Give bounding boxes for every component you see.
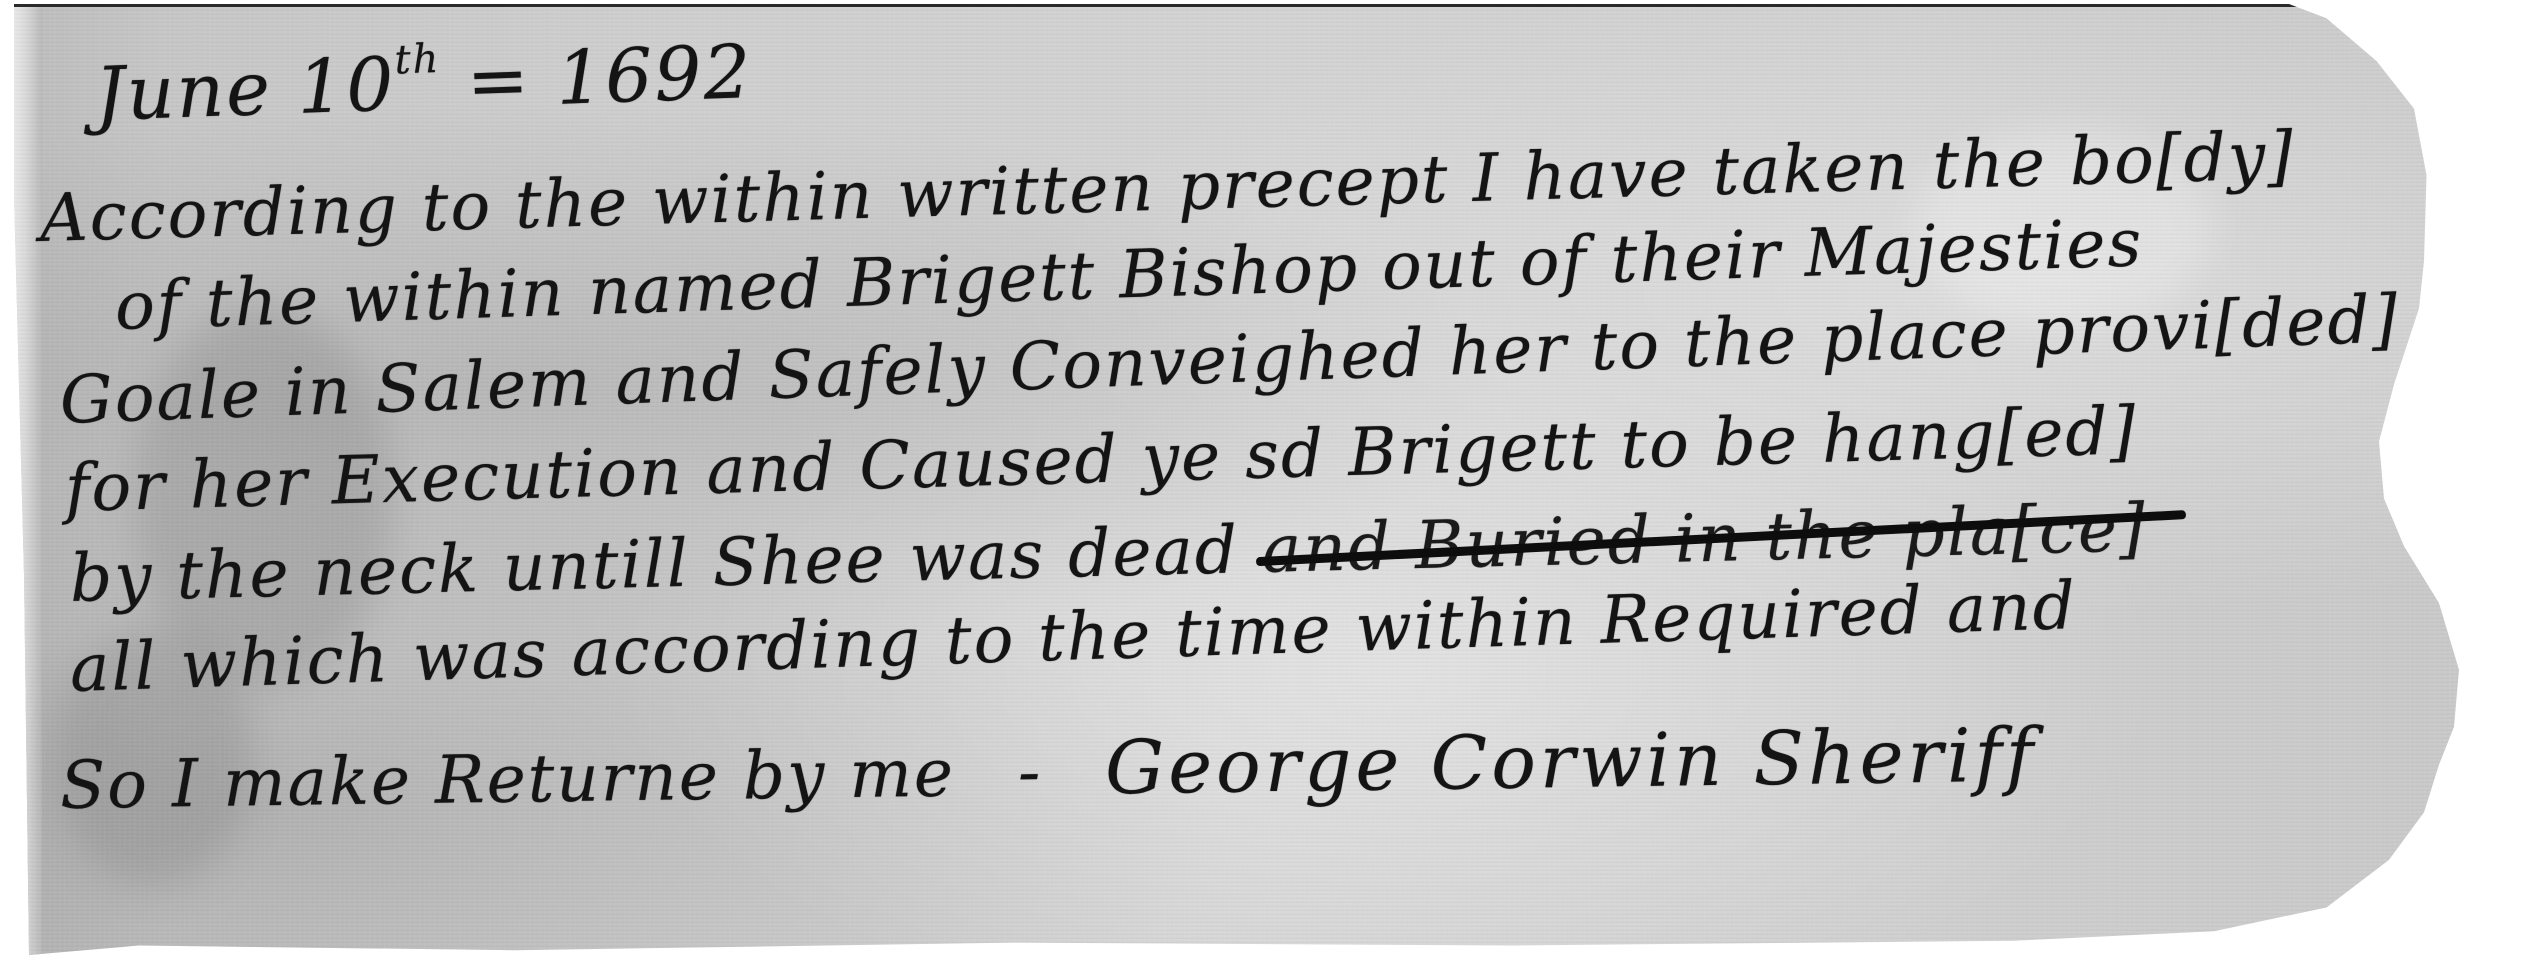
date-separator: = [465,37,532,125]
date-month: June [94,46,274,138]
date-year: 1692 [555,29,754,122]
return-statement: So I make Returne by me [59,735,955,824]
date-day: 10th [296,40,443,131]
sheriff-signature: George Corwin Sheriff [1105,712,2038,811]
signature-dash: - [1017,733,1042,810]
document-scan: June 10th = 1692 According to the within… [0,0,2536,973]
